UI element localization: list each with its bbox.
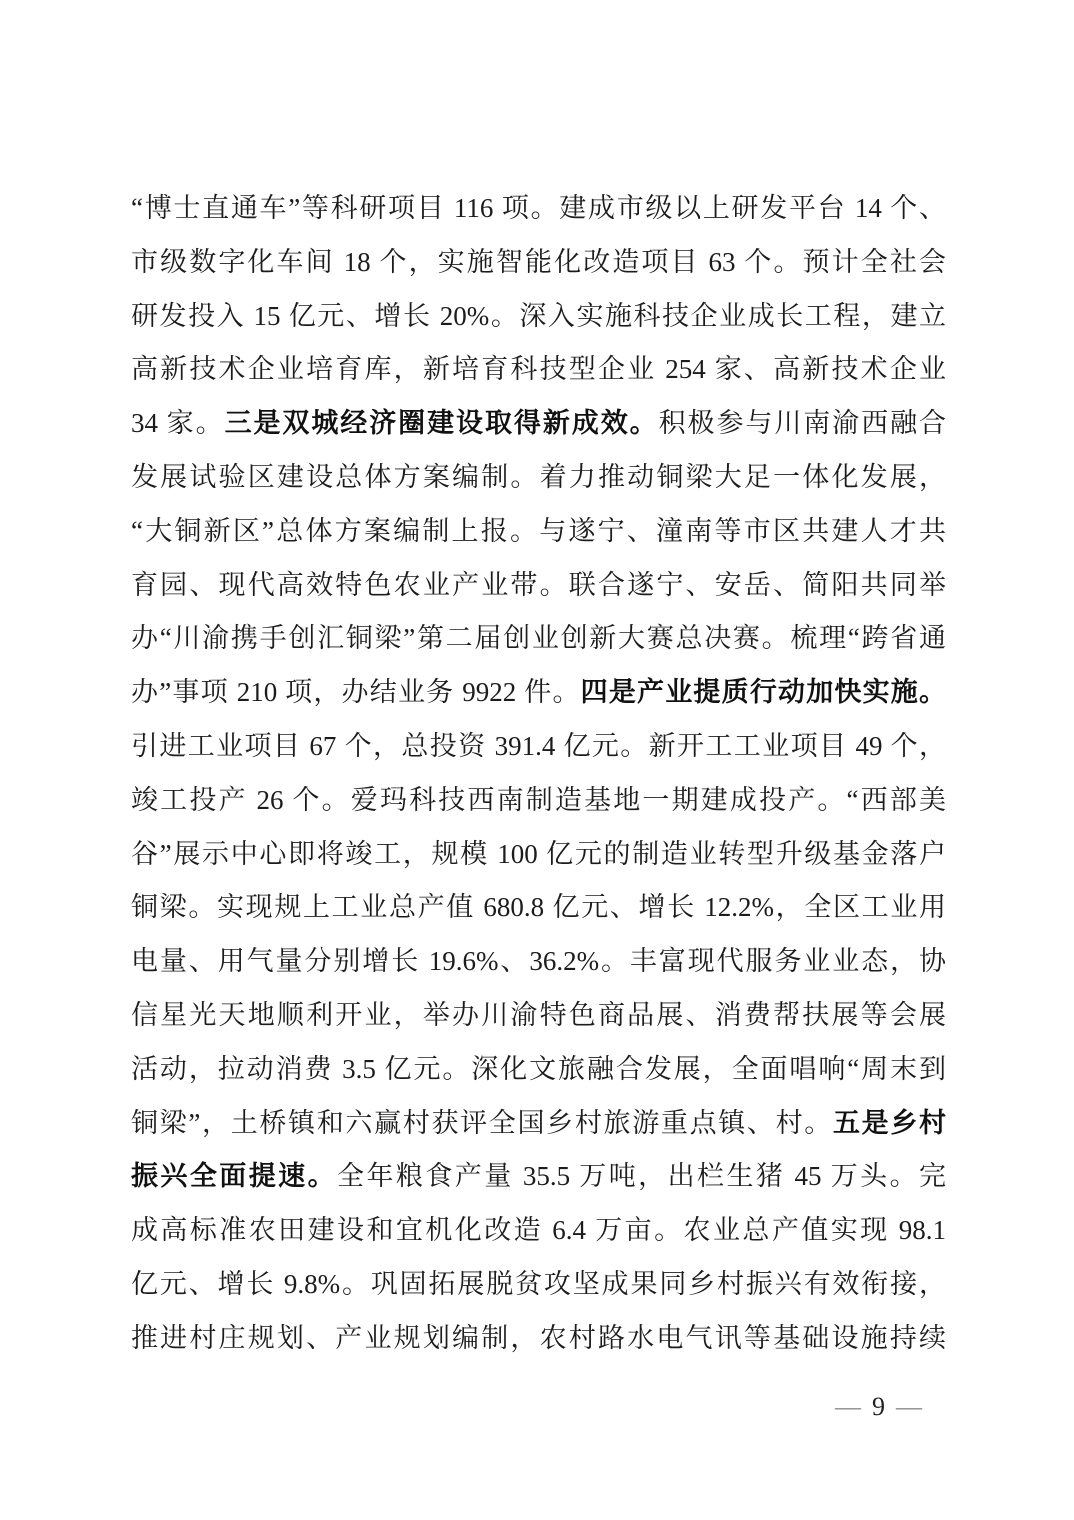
text-segment: 引进工业项目 67 个，总投资 391.4 亿元。新开工工业项目 49 个，	[131, 731, 946, 761]
text-line: 成高标准农田建设和宜机化改造 6.4 万亩。农业总产值实现 98.1	[131, 1204, 946, 1258]
text-line: 亿元、增长 9.8%。巩固拓展脱贫攻坚成果同乡村振兴有效衔接，	[131, 1258, 946, 1312]
text-segment: 亿元、增长 9.8%。巩固拓展脱贫攻坚成果同乡村振兴有效衔接，	[131, 1269, 946, 1299]
text-line: “博士直通车”等科研项目 116 项。建成市级以上研发平台 14 个、	[131, 182, 946, 236]
text-segment: “博士直通车”等科研项目 116 项。建成市级以上研发平台 14 个、	[131, 193, 946, 223]
text-segment: 电量、用气量分别增长 19.6%、36.2%。丰富现代服务业业态，协	[131, 946, 946, 976]
text-segment: 办”事项 210 项，办结业务 9922 件。	[131, 677, 581, 707]
footer-dash-right: —	[896, 1392, 922, 1421]
text-segment: 市级数字化车间 18 个，实施智能化改造项目 63 个。预计全社会	[131, 247, 946, 277]
text-segment: 34 家。	[131, 408, 225, 438]
text-line: 活动，拉动消费 3.5 亿元。深化文旅融合发展，全面唱响“周末到	[131, 1043, 946, 1097]
text-line: 铜梁。实现规上工业总产值 680.8 亿元、增长 12.2%，全区工业用	[131, 881, 946, 935]
text-line: 振兴全面提速。全年粮食产量 35.5 万吨，出栏生猪 45 万头。完	[131, 1150, 946, 1204]
text-segment: 办“川渝携手创汇铜梁”第二届创业创新大赛总决赛。梳理“跨省通	[131, 623, 946, 653]
bold-emphasis: 四是产业提质行动加快实施。	[581, 677, 946, 707]
footer-page-number: 9	[872, 1392, 885, 1421]
document-page: “博士直通车”等科研项目 116 项。建成市级以上研发平台 14 个、市级数字化…	[0, 0, 1074, 1520]
text-segment: “大铜新区”总体方案编制上报。与遂宁、潼南等市区共建人才共	[131, 516, 946, 546]
bold-emphasis: 振兴全面提速。	[131, 1161, 337, 1191]
text-line: 推进村庄规划、产业规划编制，农村路水电气讯等基础设施持续	[131, 1312, 946, 1366]
text-line: 育园、现代高效特色农业产业带。联合遂宁、安岳、简阳共同举	[131, 559, 946, 613]
text-segment: 推进村庄规划、产业规划编制，农村路水电气讯等基础设施持续	[131, 1323, 946, 1353]
bold-emphasis: 五是乡村	[833, 1108, 946, 1138]
text-segment: 发展试验区建设总体方案编制。着力推动铜梁大足一体化发展，	[131, 462, 946, 492]
text-line: 市级数字化车间 18 个，实施智能化改造项目 63 个。预计全社会	[131, 236, 946, 290]
text-line: 办”事项 210 项，办结业务 9922 件。四是产业提质行动加快实施。	[131, 666, 946, 720]
text-segment: 研发投入 15 亿元、增长 20%。深入实施科技企业成长工程，建立	[131, 301, 946, 331]
bold-emphasis: 三是双城经济圈建设取得新成效。	[225, 408, 659, 438]
text-line: 办“川渝携手创汇铜梁”第二届创业创新大赛总决赛。梳理“跨省通	[131, 612, 946, 666]
text-line: 信星光天地顺利开业，举办川渝特色商品展、消费帮扶展等会展	[131, 989, 946, 1043]
footer-dash-left: —	[835, 1392, 861, 1421]
text-segment: 成高标准农田建设和宜机化改造 6.4 万亩。农业总产值实现 98.1	[131, 1215, 946, 1245]
body-text: “博士直通车”等科研项目 116 项。建成市级以上研发平台 14 个、市级数字化…	[131, 182, 946, 1366]
text-line: “大铜新区”总体方案编制上报。与遂宁、潼南等市区共建人才共	[131, 505, 946, 559]
page-number: —9—	[835, 1392, 922, 1422]
text-segment: 谷”展示中心即将竣工，规模 100 亿元的制造业转型升级基金落户	[131, 839, 946, 869]
text-segment: 高新技术企业培育库，新培育科技型企业 254 家、高新技术企业	[131, 354, 946, 384]
text-line: 电量、用气量分别增长 19.6%、36.2%。丰富现代服务业业态，协	[131, 935, 946, 989]
text-line: 发展试验区建设总体方案编制。着力推动铜梁大足一体化发展，	[131, 451, 946, 505]
text-segment: 信星光天地顺利开业，举办川渝特色商品展、消费帮扶展等会展	[131, 1000, 946, 1030]
text-segment: 竣工投产 26 个。爱玛科技西南制造基地一期建成投产。“西部美	[131, 785, 946, 815]
text-line: 34 家。三是双城经济圈建设取得新成效。积极参与川南渝西融合	[131, 397, 946, 451]
text-line: 铜梁”，土桥镇和六赢村获评全国乡村旅游重点镇、村。五是乡村	[131, 1097, 946, 1151]
text-line: 引进工业项目 67 个，总投资 391.4 亿元。新开工工业项目 49 个，	[131, 720, 946, 774]
text-segment: 铜梁。实现规上工业总产值 680.8 亿元、增长 12.2%，全区工业用	[131, 892, 946, 922]
text-segment: 全年粮食产量 35.5 万吨，出栏生猪 45 万头。完	[337, 1161, 946, 1191]
text-segment: 铜梁”，土桥镇和六赢村获评全国乡村旅游重点镇、村。	[131, 1108, 833, 1138]
text-line: 研发投入 15 亿元、增长 20%。深入实施科技企业成长工程，建立	[131, 290, 946, 344]
text-line: 竣工投产 26 个。爱玛科技西南制造基地一期建成投产。“西部美	[131, 774, 946, 828]
text-segment: 育园、现代高效特色农业产业带。联合遂宁、安岳、简阳共同举	[131, 570, 946, 600]
text-segment: 活动，拉动消费 3.5 亿元。深化文旅融合发展，全面唱响“周末到	[131, 1054, 946, 1084]
text-segment: 积极参与川南渝西融合	[659, 408, 946, 438]
text-line: 谷”展示中心即将竣工，规模 100 亿元的制造业转型升级基金落户	[131, 828, 946, 882]
text-line: 高新技术企业培育库，新培育科技型企业 254 家、高新技术企业	[131, 343, 946, 397]
